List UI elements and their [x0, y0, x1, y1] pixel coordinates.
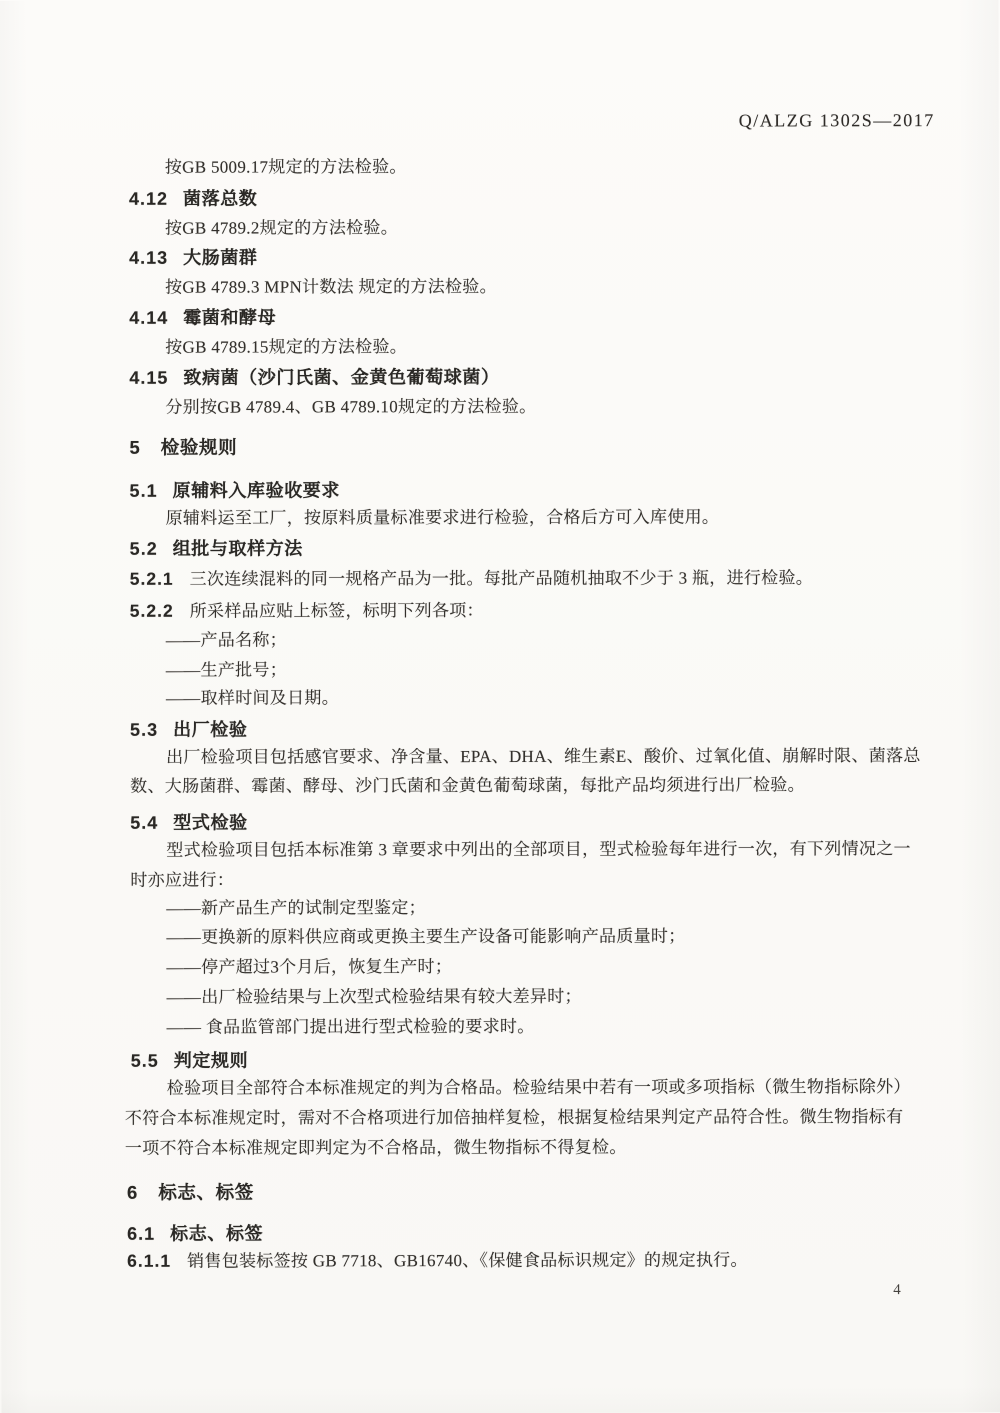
- section-number: 4.15: [129, 368, 168, 388]
- section-title: 型式检验: [173, 813, 247, 833]
- paragraph-line: 按GB 4789.2规定的方法检验。: [165, 214, 398, 242]
- chapter-title: 检验规则: [161, 437, 237, 458]
- section-number: 5.3: [130, 720, 158, 740]
- section-heading-4-14: 4.14霉菌和酵母: [129, 303, 276, 331]
- paragraph-line: 分别按GB 4789.4、GB 4789.10规定的方法检验。: [165, 393, 536, 422]
- clause-number: 5.2.1: [130, 569, 174, 589]
- paragraph-line: 原辅料运至工厂，按原料质量标准要求进行检验，合格后方可入库使用。: [166, 504, 720, 533]
- paragraph-line: 时亦应进行：: [130, 867, 234, 895]
- paragraph-line: 检验项目全部符合本标准规定的判为合格品。检验结果中若有一项或多项指标（微生物指标…: [167, 1073, 911, 1103]
- section-title: 出厂检验: [173, 720, 247, 740]
- chapter-title: 标志、标签: [158, 1182, 254, 1203]
- chapter-number: 6: [127, 1182, 138, 1203]
- paragraph-line: 数、大肠菌群、霉菌、酵母、沙门氏菌和金黄色葡萄球菌，每批产品均须进行出厂检验。: [130, 771, 805, 800]
- section-heading-5-1: 5.1原辅料入库验收要求: [130, 476, 340, 504]
- section-number: 4.12: [129, 189, 168, 209]
- section-heading-5-2: 5.2组批与取样方法: [130, 534, 303, 562]
- section-heading-5-4: 5.4型式检验: [130, 809, 247, 837]
- clause-number: 6.1.1: [127, 1251, 171, 1271]
- section-number: 4.13: [129, 248, 168, 268]
- section-title: 菌落总数: [183, 189, 257, 209]
- section-title: 原辅料入库验收要求: [173, 480, 340, 500]
- list-item: ——取样时间及日期。: [166, 684, 339, 712]
- section-number: 4.14: [129, 308, 168, 328]
- clause-text: 所采样品应贴上标签，标明下列各项：: [190, 601, 484, 621]
- paragraph-line: 不符合本标准规定时，需对不合格项进行加倍抽样复检，根据复检结果判定产品符合性。微…: [125, 1103, 904, 1133]
- section-number: 5.2: [130, 539, 158, 559]
- doc-number: Q/ALZG 1302S—2017: [739, 110, 935, 131]
- list-item: ——生产批号；: [166, 656, 287, 684]
- section-title: 判定规则: [174, 1051, 248, 1071]
- list-item: ——更换新的原料供应商或更换主要生产设备可能影响产品质量时；: [166, 923, 685, 952]
- paragraph-line: 按GB 4789.3 MPN计数法 规定的方法检验。: [165, 273, 497, 302]
- paragraph-line: 出厂检验项目包括感官要求、净含量、EPA、DHA、维生素E、酸价、过氧化值、崩解…: [166, 742, 921, 772]
- list-item: —— 食品监管部门提出进行型式检验的要求时。: [167, 1013, 535, 1042]
- section-number: 6.1: [127, 1224, 155, 1244]
- chapter-heading-6: 6标志、标签: [127, 1179, 254, 1207]
- section-heading-6-1: 6.1标志、标签: [127, 1219, 263, 1247]
- paragraph-line: 按GB 4789.15规定的方法检验。: [165, 333, 407, 362]
- paragraph-line: 按GB 5009.17规定的方法检验。: [165, 153, 407, 182]
- section-number: 5.4: [130, 813, 158, 833]
- section-title: 霉菌和酵母: [183, 307, 276, 327]
- paragraph-line: 型式检验项目包括本标准第 3 章要求中列出的全部项目，型式检验每年进行一次，有下…: [166, 835, 911, 865]
- document-page: Q/ALZG 1302S—2017 按GB 5009.17规定的方法检验。 4.…: [0, 0, 1000, 1413]
- clause-text: 销售包装标签按 GB 7718、GB16740、《保健食品标识规定》的规定执行。: [187, 1250, 748, 1270]
- list-item: ——新产品生产的试制定型鉴定；: [166, 894, 426, 923]
- section-title: 标志、标签: [170, 1223, 263, 1243]
- section-title: 大肠菌群: [183, 248, 257, 268]
- clause-5-2-2: 5.2.2所采样品应贴上标签，标明下列各项：: [130, 596, 484, 626]
- page-number: 4: [893, 1282, 901, 1299]
- section-heading-4-12: 4.12菌落总数: [129, 185, 258, 213]
- section-number: 5.1: [130, 481, 158, 501]
- clause-text: 三次连续混料的同一规格产品为一批。每批产品随机抽取不少于 3 瓶，进行检验。: [190, 568, 813, 588]
- paragraph-line: 一项不符合本标准规定即判定为不合格品，微生物指标不得复检。: [125, 1134, 627, 1163]
- section-title: 致病菌（沙门氏菌、金黄色葡萄球菌）: [183, 367, 499, 388]
- section-heading-5-5: 5.5判定规则: [131, 1047, 248, 1075]
- section-heading-5-3: 5.3出厂检验: [130, 716, 247, 744]
- section-heading-4-13: 4.13大肠菌群: [129, 244, 258, 272]
- list-item: ——出厂检验结果与上次型式检验结果有较大差异时；: [167, 983, 582, 1012]
- section-heading-4-15: 4.15致病菌（沙门氏菌、金黄色葡萄球菌）: [129, 363, 499, 392]
- clause-6-1-1: 6.1.1销售包装标签按 GB 7718、GB16740、《保健食品标识规定》的…: [127, 1245, 748, 1275]
- list-item: ——停产超过3个月后，恢复生产时；: [167, 953, 453, 982]
- clause-5-2-1: 5.2.1三次连续混料的同一规格产品为一批。每批产品随机抽取不少于 3 瓶，进行…: [130, 563, 813, 593]
- section-number: 5.5: [131, 1051, 159, 1071]
- list-item: ——产品名称；: [166, 626, 287, 654]
- clause-number: 5.2.2: [130, 601, 174, 621]
- chapter-number: 5: [129, 437, 140, 458]
- section-title: 组批与取样方法: [173, 538, 303, 558]
- chapter-heading-5: 5检验规则: [129, 434, 237, 462]
